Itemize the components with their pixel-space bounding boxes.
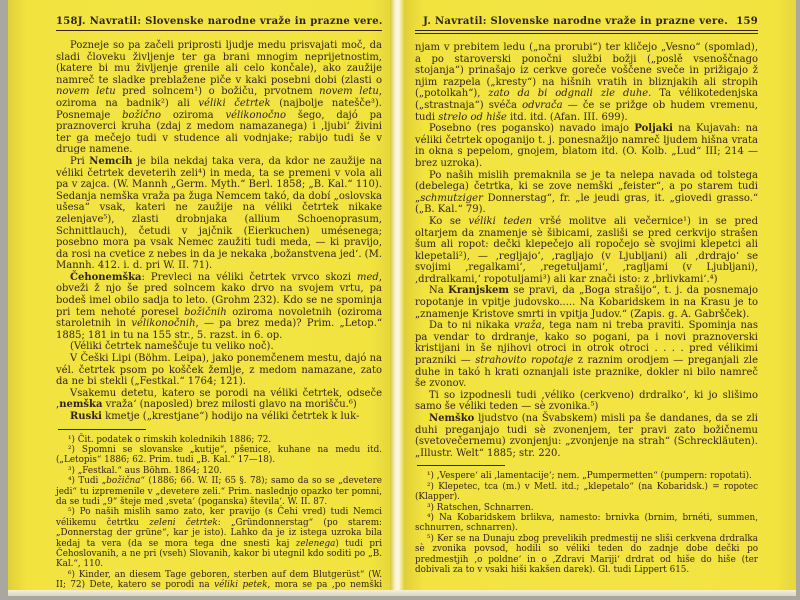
page-header: 158 J. Navratil: Slovenske narodne vraže… bbox=[56, 16, 382, 27]
running-title: J. Navratil: Slovenske narodne vraže in … bbox=[78, 16, 383, 27]
paragraph: Ko se véliki teden vršé molitve ali veče… bbox=[415, 216, 758, 286]
footnote: ⁴) Tudi „božična“ (1886; 66. W. II; 65 §… bbox=[56, 476, 382, 507]
footnote: ¹) Čit. podatek o rimskih kolednikih 188… bbox=[56, 435, 382, 445]
gutter-seam bbox=[390, 0, 404, 590]
footnote: ⁴) Na Kobaridskem brlikva, namesto: brni… bbox=[415, 513, 758, 534]
paragraph: Nemško ljudstvo (na Švabskem) misli pa š… bbox=[415, 413, 758, 459]
book-scan: 158 J. Navratil: Slovenske narodne vraže… bbox=[0, 0, 800, 600]
footnote: ⁵) Ker se na Dunaju zbog prevelikih pred… bbox=[415, 534, 758, 576]
paragraph: njam v prebitem ledu („na prorubi“) ter … bbox=[415, 42, 758, 123]
paragraph: Čehonemška: Prevleci na véliki četrtek v… bbox=[56, 272, 382, 342]
footnote: ¹) ,Vespere‘ ali ,lamentacije‘; nem. „Pu… bbox=[415, 471, 758, 481]
paragraph: Na Kranjskem se pravi, da „Boga strašijo… bbox=[415, 285, 758, 320]
running-title: J. Navratil: Slovenske narodne vraže in … bbox=[415, 16, 736, 27]
paragraph: Ti so izpodnesli tudi ,véliko (cerkveno)… bbox=[415, 390, 758, 413]
header-rule bbox=[415, 30, 758, 34]
footnote: ⁵) Po naših mislih samo zato, ker pravij… bbox=[56, 507, 382, 569]
page-header: J. Navratil: Slovenske narodne vraže in … bbox=[415, 16, 758, 27]
header-rule bbox=[56, 30, 382, 31]
paragraph: Da to ni nikaka vraža, tega nam ni treba… bbox=[415, 320, 758, 390]
paragraph: (Véliki četrtek nameščuje tu veliko noč)… bbox=[56, 341, 382, 353]
footnote: ²) Klepetec, tca (m.) v Metl. itd.; „kle… bbox=[415, 482, 758, 503]
page-bottom-edge bbox=[8, 590, 796, 596]
page-right: J. Navratil: Slovenske narodne vraže in … bbox=[404, 0, 796, 590]
page-number: 159 bbox=[736, 16, 758, 27]
footnote-separator bbox=[417, 465, 505, 466]
footnote: ³) Ratschen, Schnarren. bbox=[415, 503, 758, 513]
paragraph: Po naših mislih premaknila se je ta nele… bbox=[415, 170, 758, 216]
paragraph: Ruski kmetje („krestjane“) hodijo na vél… bbox=[56, 411, 382, 423]
paragraph: V Češki Lipi (Böhm. Leipa), jako ponemče… bbox=[56, 353, 382, 388]
paragraph: Vsakemu detetu, katero se porodi na véli… bbox=[56, 388, 382, 411]
paragraph: Pozneje so pa začeli priprosti ljudje me… bbox=[56, 40, 382, 156]
page-number: 158 bbox=[56, 16, 78, 27]
footnote-separator bbox=[58, 429, 146, 430]
page-left: 158 J. Navratil: Slovenske narodne vraže… bbox=[8, 0, 390, 590]
footnote: ²) Spomni se slovanske „kutije“, pšenice… bbox=[56, 445, 382, 466]
footnote: ⁶) Kinder, an diesem Tage geboren, sterb… bbox=[56, 570, 382, 590]
paragraph: Posebno (res pogansko) navado imajo Polj… bbox=[415, 123, 758, 169]
paragraph: Pri Nemcih je bila nekdaj taka vera, da … bbox=[56, 156, 382, 272]
footnote: ³) „Festkal.“ aus Böhm. 1864; 120. bbox=[56, 466, 382, 476]
